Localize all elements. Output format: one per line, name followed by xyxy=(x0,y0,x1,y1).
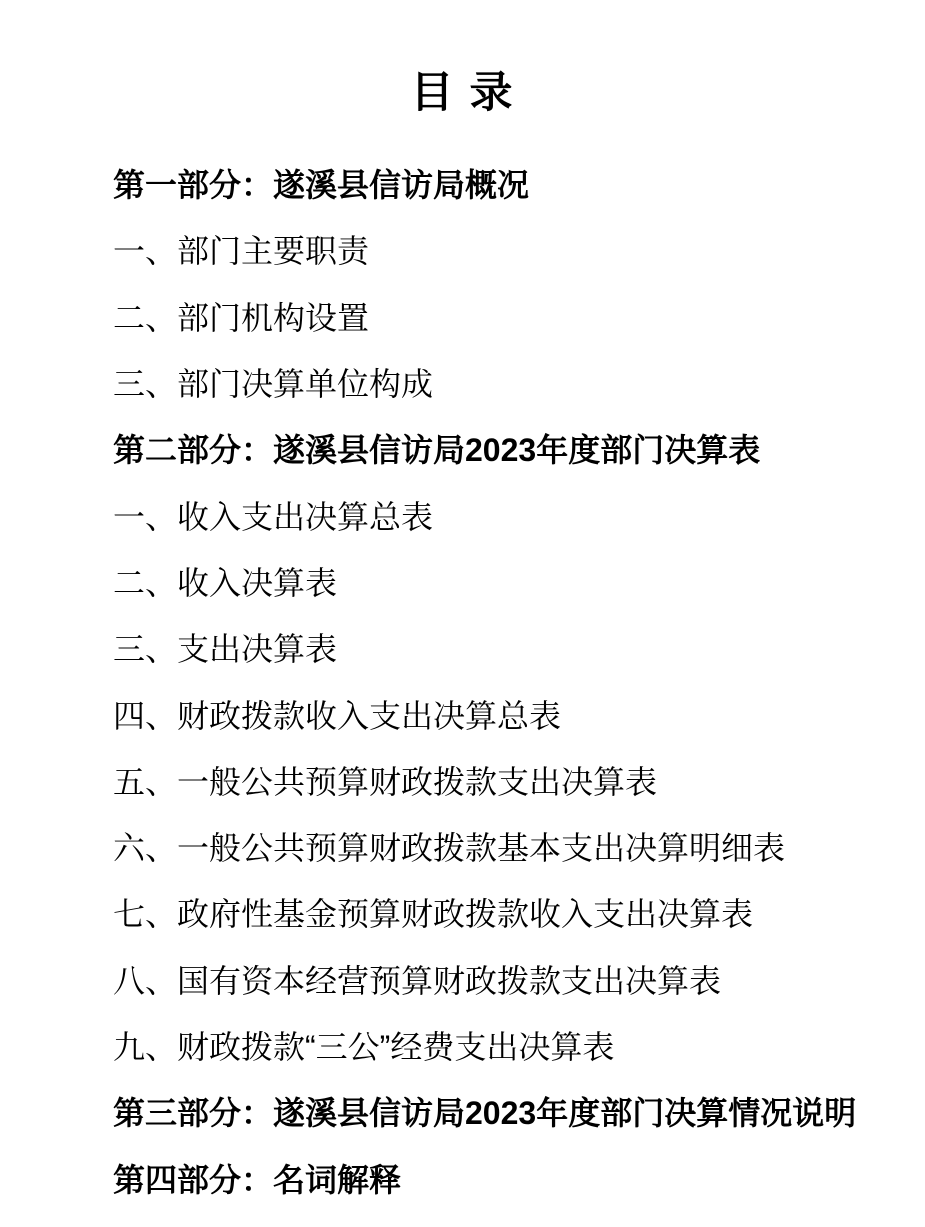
toc-item-income-expenditure-summary-table: 一、收入支出决算总表 xyxy=(113,483,885,549)
toc-heading-part-one: 第一部分：遂溪县信访局概况 xyxy=(113,152,885,218)
toc-item-three-public-expenses-table: 九、财政拨款“三公”经费支出决算表 xyxy=(113,1014,885,1080)
toc-item-income-table: 二、收入决算表 xyxy=(113,550,885,616)
toc-heading-part-two: 第二部分：遂溪县信访局2023年度部门决算表 xyxy=(113,417,885,483)
toc-heading-part-three: 第三部分：遂溪县信访局2023年度部门决算情况说明 xyxy=(113,1080,885,1146)
toc-heading-part-four: 第四部分：名词解释 xyxy=(113,1146,885,1212)
document-page: 目 录 第一部分：遂溪县信访局概况 一、部门主要职责 二、部门机构设置 三、部门… xyxy=(0,0,925,1227)
toc-item-final-accounts-units: 三、部门决算单位构成 xyxy=(113,351,885,417)
toc-item-department-duties: 一、部门主要职责 xyxy=(113,218,885,284)
toc-item-general-public-budget-basic-expenditure-detail-table: 六、一般公共预算财政拨款基本支出决算明细表 xyxy=(113,815,885,881)
table-of-contents: 第一部分：遂溪县信访局概况 一、部门主要职责 二、部门机构设置 三、部门决算单位… xyxy=(0,152,925,1213)
toc-item-general-public-budget-expenditure-table: 五、一般公共预算财政拨款支出决算表 xyxy=(113,749,885,815)
toc-item-expenditure-table: 三、支出决算表 xyxy=(113,616,885,682)
toc-item-fiscal-appropriation-summary-table: 四、财政拨款收入支出决算总表 xyxy=(113,682,885,748)
toc-item-state-capital-budget-table: 八、国有资本经营预算财政拨款支出决算表 xyxy=(113,948,885,1014)
toc-item-department-structure: 二、部门机构设置 xyxy=(113,285,885,351)
toc-item-government-fund-budget-table: 七、政府性基金预算财政拨款收入支出决算表 xyxy=(113,881,885,947)
page-title: 目 录 xyxy=(0,68,925,118)
